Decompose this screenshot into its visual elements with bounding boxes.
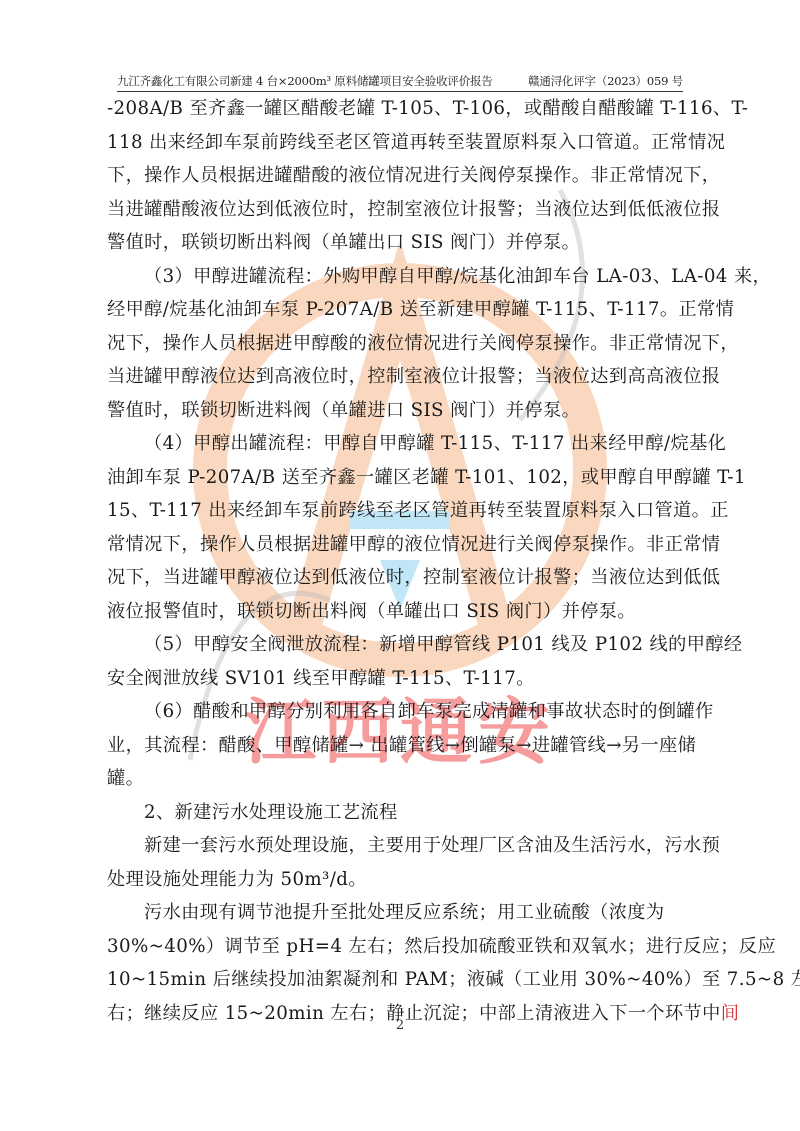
text-line: 30%~40%）调节至 pH=4 左右；然后投加硫酸亚铁和双氧水；进行反应；反应 <box>107 930 687 964</box>
text-line: 15、T-117 出来经卸车泵前跨线至老区管道再转至装置原料泵入口管道。正 <box>107 494 687 528</box>
page-header: 九江齐鑫化工有限公司新建 4 台×2000m³ 原料储罐项目安全验收评价报告 赣… <box>117 67 683 92</box>
text-line: 118 出来经卸车泵前跨线至老区管道再转至装置原料泵入口管道。正常情况 <box>107 126 687 160</box>
text-line: 下，操作人员根据进罐醋酸的液位情况进行关阀停泵操作。非正常情况下， <box>107 159 687 193</box>
paragraph-relief-valve: （5）甲醇安全阀泄放流程：新增甲醇管线 P101 线及 P102 线的甲醇经 <box>107 628 687 662</box>
text-line: 况下，操作人员根据进甲醇酸的液位情况进行关阀停泵操作。非正常情况下， <box>107 327 687 361</box>
text-line: 经甲醇/烷基化油卸车泵 P-207A/B 送至新建甲醇罐 T-115、T-117… <box>107 293 687 327</box>
text-line: 警值时，联锁切断出料阀（单罐出口 SIS 阀门）并停泵。 <box>107 226 687 260</box>
text-line: 处理设施处理能力为 50m³/d。 <box>107 863 687 897</box>
paragraph-methanol-inflow: （3）甲醇进罐流程：外购甲醇自甲醇/烷基化油卸车台 LA-03、LA-04 来， <box>107 260 687 294</box>
section-heading-wastewater: 2、新建污水处理设施工艺流程 <box>107 796 687 830</box>
text-line: 油卸车泵 P-207A/B 送至齐鑫一罐区老罐 T-101、102，或甲醇自甲醇… <box>107 461 687 495</box>
header-report-number: 赣通浔化评字（2023）059 号 <box>528 73 683 89</box>
text-line: 10~15min 后继续投加油絮凝剂和 PAM；液碱（工业用 30%~40%）至… <box>107 963 687 997</box>
text-line: -208A/B 至齐鑫一罐区醋酸老罐 T-105、T-106，或醋酸自醋酸罐 T… <box>107 92 687 126</box>
text-line: 警值时，联锁切断进料阀（单罐进口 SIS 阀门）并停泵。 <box>107 394 687 428</box>
text-line: 安全阀泄放线 SV101 线至甲醇罐 T-115、T-117。 <box>107 662 687 696</box>
paragraph-wastewater-facility: 新建一套污水预处理设施，主要用于处理厂区含油及生活污水，污水预 <box>107 829 687 863</box>
paragraph-tank-transfer: （6）醋酸和甲醇分别利用各自卸车泵完成清罐和事故状态时的倒罐作 <box>107 695 687 729</box>
paragraph-methanol-outflow: （4）甲醇出罐流程：甲醇自甲醇罐 T-115、T-117 出来经甲醇/烷基化 <box>107 427 687 461</box>
document-body: -208A/B 至齐鑫一罐区醋酸老罐 T-105、T-106，或醋酸自醋酸罐 T… <box>107 92 687 1030</box>
text-line: 当进罐甲醇液位达到高液位时，控制室液位计报警；当液位达到高高液位报 <box>107 360 687 394</box>
text-line: 常情况下，操作人员根据进罐甲醇的液位情况进行关阀停泵操作。非正常情 <box>107 528 687 562</box>
text-line: 罐。 <box>107 762 687 796</box>
text-line: 液位报警值时，联锁切断出料阀（单罐出口 SIS 阀门）并停泵。 <box>107 595 687 629</box>
text-line: 当进罐醋酸液位达到低液位时，控制室液位计报警；当液位达到低低液位报 <box>107 193 687 227</box>
header-title: 九江齐鑫化工有限公司新建 4 台×2000m³ 原料储罐项目安全验收评价报告 <box>117 73 493 89</box>
page-number: 2 <box>0 1018 800 1033</box>
text-line: 况下，当进罐甲醇液位达到低液位时，控制室液位计报警；当液位达到低低 <box>107 561 687 595</box>
paragraph-wastewater-process: 污水由现有调节池提升至批处理反应系统；用工业硫酸（浓度为 <box>107 896 687 930</box>
text-line: 业，其流程：醋酸、甲醇储罐→ 出罐管线→倒罐泵→进罐管线→另一座储 <box>107 729 687 763</box>
